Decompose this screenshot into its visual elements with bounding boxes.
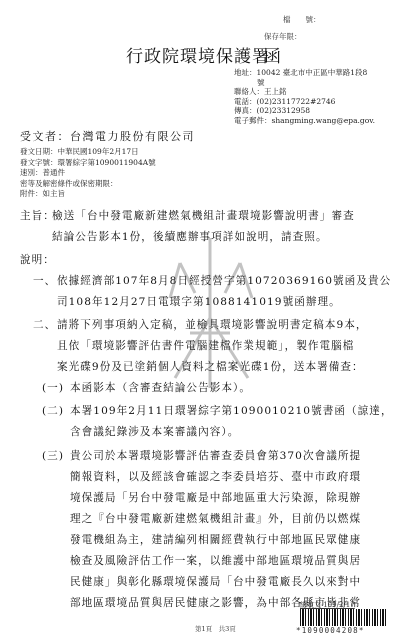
phone: 電話：(02)23117722#2746 [234, 97, 375, 107]
subitem-2-line1: 本署109年2月11日環署綜字第1090010210號書函（諒達， [70, 401, 393, 422]
subitem-2-marker: (二) [42, 401, 64, 422]
barcode-number: *1090004208* [296, 626, 365, 635]
subitem-3-line7: 民健康」與彰化縣環境保護局「台中發電廠長久以來對中 [70, 572, 361, 593]
explanation-label: 說明： [20, 250, 55, 271]
subject-label: 主旨： [20, 206, 55, 227]
contact-person: 聯絡人：王上銘 [234, 87, 375, 97]
subitem-2-line2: 含會議紀錄涉及本案審議內容）。 [70, 422, 239, 443]
barcode-icon [300, 609, 386, 626]
subitem-3-line5: 發電機組為主，建請編列相關經費執行中部地區民眾健康 [70, 530, 361, 551]
agency-title: 行政院環境保護署 [126, 42, 270, 67]
subitem-3-line4: 理之『台中發電廠新建燃氣機組計畫』外，目前仍以燃煤 [70, 509, 361, 530]
speed: 速別：普通件 [20, 168, 156, 179]
email: 電子郵件：shangming.wang@epa.gov. [234, 116, 375, 126]
item-1-marker: 一、 [33, 271, 56, 292]
subitem-3-line3: 境保護局「另台中發電廠是中部地區重大污染源，除現辦 [70, 488, 361, 509]
file-number-label: 檔 號： [283, 14, 321, 25]
page-number: 第1頁 共3頁 [195, 624, 236, 633]
subitem-3-line2: 簡報資料，以及經該會確認之李委員培芬、臺中市政府環 [70, 467, 361, 488]
meta-block: 發文日期：中華民國109年2月17日 發文字號：環署綜字第1090011904A… [20, 147, 156, 200]
subitem-3-marker: (三) [42, 446, 64, 467]
classification: 密等及解密條件或保密期限： [20, 179, 156, 190]
address-line2: 號 [234, 78, 375, 88]
watermark-stamp-icon [160, 238, 260, 388]
subitem-3-line6: 檢查及風險評估工作一案，以維護中部地區環境品質與居 [70, 551, 361, 572]
issue-number: 發文字號：環署綜字第1090011904A號 [20, 158, 156, 169]
contact-block: 地址：10042 臺北市中正區中華路1段8 號 聯絡人：王上銘 電話：(02)2… [234, 68, 375, 126]
retention-period-label: 保存年限： [264, 31, 302, 42]
fax: 傳真：(02)23312958 [234, 106, 375, 116]
item-2-marker: 二、 [33, 315, 56, 336]
subitem-1-marker: (一) [42, 378, 64, 399]
address-line1: 地址：10042 臺北市中正區中華路1段8 [234, 68, 375, 78]
recipient: 受文者：台灣電力股份有限公司 [20, 128, 195, 144]
attachment: 附件：如主旨 [20, 189, 156, 200]
issue-date: 發文日期：中華民國109年2月17日 [20, 147, 156, 158]
document-type: 函 [264, 42, 282, 67]
subitem-3-line1: 貴公司於本署環境影響評估審查委員會第370次會議所提 [70, 446, 361, 467]
subject-line1: 檢送「台中發電廠新建燃氣機組計畫環境影響說明書」審查 [52, 206, 355, 227]
